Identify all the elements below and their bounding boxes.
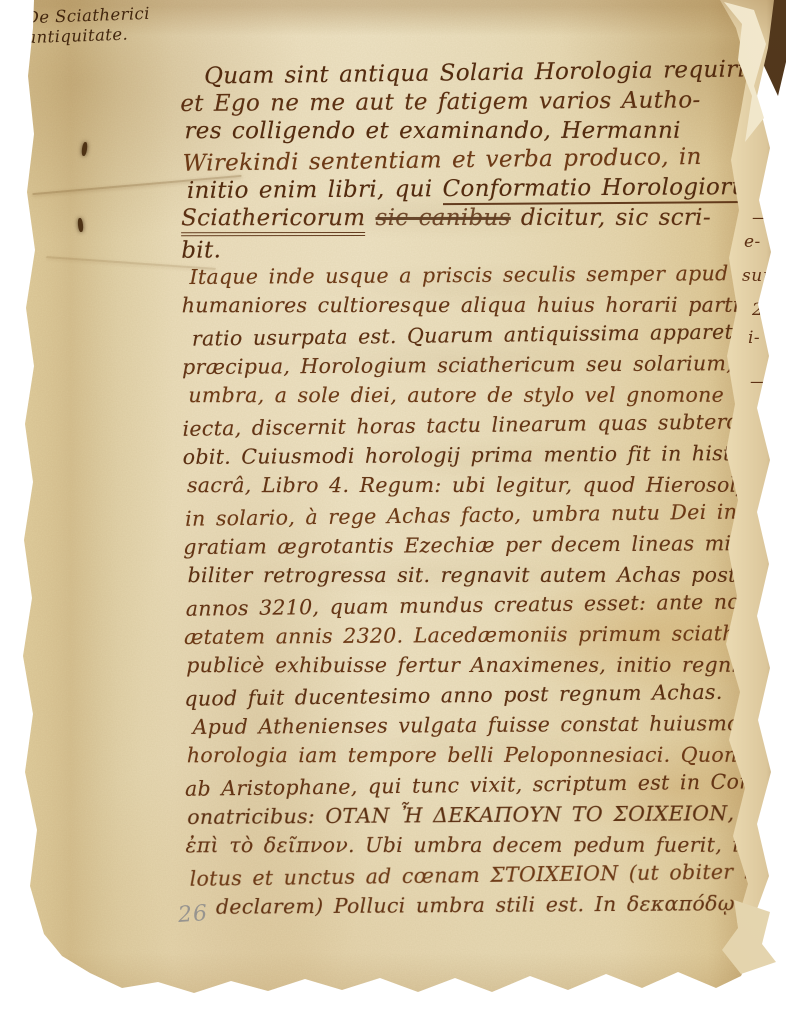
- manuscript-text-segment: lotus et unctus ad cœnam ΣΤΟΙΧΕΙΟΝ (ut o…: [190, 859, 786, 891]
- manuscript-line: Apud Athenienses vulgata fuisse constat …: [193, 711, 770, 745]
- underlying-page-text-fragment: i-: [748, 328, 760, 348]
- manuscript-line: ætatem annis 2320. Lacedæmoniis primum s…: [184, 621, 769, 655]
- corner-annotation: De Sciatherici antiquitate.: [25, 4, 151, 48]
- manuscript-text-segment: obit. Cuiusmodi horologij prima mentio f…: [183, 441, 774, 469]
- manuscript-line: sacrâ, Libro 4. Regum: ubi legitur, quod…: [187, 473, 768, 504]
- manuscript-text-segment: initio enim libri, qui: [187, 176, 443, 204]
- manuscript-page: De Sciatherici antiquitate. 26 Quam sint…: [0, 0, 786, 1024]
- manuscript-text-segment: bit.: [181, 237, 221, 264]
- manuscript-line: Sciathericorum sic canibus dicitur, sic …: [181, 205, 766, 235]
- manuscript-text-segment: onatricibus: ΟΤΑΝ Ἦ ΔΕΚΑΠΟΥΝ ΤΟ ΣΟΙΧΕΙΟΝ…: [187, 800, 786, 829]
- manuscript-text-segment: in solario, à rege Achas facto, umbra nu…: [185, 500, 737, 531]
- manuscript-text-segment: annos 3210, quam mundus creatus esset: a…: [186, 589, 786, 621]
- manuscript-text-segment: gratiam ægrotantis Ezechiæ per decem lin…: [183, 531, 771, 559]
- manuscript-line: initio enim libri, qui Conformatio Horol…: [187, 174, 766, 207]
- manuscript-line: gratiam ægrotantis Ezechiæ per decem lin…: [183, 531, 768, 565]
- manuscript-text: Quam sint antiqua Solaria Horologia requ…: [180, 58, 771, 925]
- manuscript-line: biliter retrogressa sit. regnavit autem …: [188, 563, 769, 594]
- manuscript-text-segment: præcipua, Horologium sciathericum seu so…: [182, 351, 786, 379]
- manuscript-text-segment: umbra, a sole diei, autore de stylo vel …: [188, 383, 786, 408]
- underlying-page-text-fragment: —: [752, 208, 770, 228]
- manuscript-text-segment: ἐπὶ τὸ δεῖπνον. Ubi umbra decem pedum fu…: [185, 833, 770, 858]
- manuscript-text-segment: Apud Athenienses vulgata fuisse constat …: [193, 711, 761, 739]
- manuscript-text-segment: declarem) Polluci umbra stili est. In δε…: [216, 890, 786, 919]
- manuscript-line: Itaque inde usque a priscis seculis semp…: [189, 261, 766, 295]
- manuscript-text-segment: res colligendo et examinando, Hermanni: [184, 118, 680, 144]
- manuscript-text-segment: Itaque inde usque a priscis seculis semp…: [189, 261, 786, 289]
- scanned-manuscript: —e-sup.2i-— De Sciatherici antiquitate. …: [0, 0, 786, 1024]
- manuscript-text-segment: biliter retrogressa sit. regnavit autem …: [188, 563, 737, 587]
- manuscript-text-segment: Quam sint antiqua Solaria Horologia requ…: [204, 56, 766, 89]
- manuscript-text-segment: iecta, discernit horas tactu linearum qu…: [182, 409, 786, 441]
- manuscript-line: onatricibus: ΟΤΑΝ Ἦ ΔΕΚΑΠΟΥΝ ΤΟ ΣΟΙΧΕΙΟΝ…: [187, 801, 770, 835]
- manuscript-text-segment: sacrâ, Libro 4. Regum: ubi legitur, quod…: [187, 473, 786, 498]
- manuscript-line: humaniores cultioresque aliqua huius hor…: [182, 293, 767, 324]
- manuscript-line: horologia iam tempore belli Peloponnesia…: [187, 743, 770, 774]
- manuscript-text-segment: quod fuit ducentesimo anno post regnum A…: [184, 680, 722, 711]
- underlined-text: Sciathericorum: [181, 205, 365, 236]
- manuscript-line: res colligendo et examinando, Hermanni: [184, 118, 765, 148]
- manuscript-text-segment: humaniores cultioresque aliqua huius hor…: [182, 293, 786, 318]
- manuscript-line: umbra, a sole diei, autore de stylo vel …: [188, 383, 767, 414]
- manuscript-text-segment: [365, 205, 375, 231]
- underlined-text: Conformatio Horologiorum: [443, 174, 769, 205]
- manuscript-line: declarem) Polluci umbra stili est. In δε…: [216, 891, 771, 925]
- manuscript-line: præcipua, Horologium sciathericum seu so…: [182, 351, 767, 385]
- manuscript-text-segment: Wirekindi sententiam et verba produco, i…: [183, 144, 702, 177]
- manuscript-text-segment: et Ego ne me aut te fatigem varios Autho…: [180, 87, 700, 117]
- manuscript-text-segment: ratio usurpata est. Quarum antiquissima …: [192, 319, 772, 351]
- manuscript-line: publicè exhibuisse fertur Anaximenes, in…: [186, 653, 769, 684]
- underlying-page-text-fragment: 2: [752, 300, 763, 320]
- manuscript-line: ἐπὶ τὸ δεῖπνον. Ubi umbra decem pedum fu…: [185, 833, 770, 864]
- manuscript-text-segment: horologia iam tempore belli Peloponnesia…: [187, 743, 777, 768]
- underlying-page-text-fragment: sup.: [742, 266, 780, 286]
- underlying-page-text-fragment: e-: [744, 232, 761, 252]
- manuscript-text-segment: dicitur, sic scri-: [511, 205, 711, 231]
- manuscript-line: et Ego ne me aut te fatigem varios Autho…: [180, 87, 765, 120]
- manuscript-line: obit. Cuiusmodi horologij prima mentio f…: [183, 441, 768, 475]
- underlying-page-text-fragment: —: [750, 372, 768, 392]
- manuscript-text-segment: publicè exhibuisse fertur Anaximenes, in…: [186, 653, 786, 678]
- struck-text: sic canibus: [376, 205, 511, 231]
- manuscript-text-segment: ab Aristophane, qui tunc vixit, scriptum…: [185, 769, 779, 801]
- manuscript-text-segment: ætatem annis 2320. Lacedæmoniis primum s…: [184, 621, 786, 649]
